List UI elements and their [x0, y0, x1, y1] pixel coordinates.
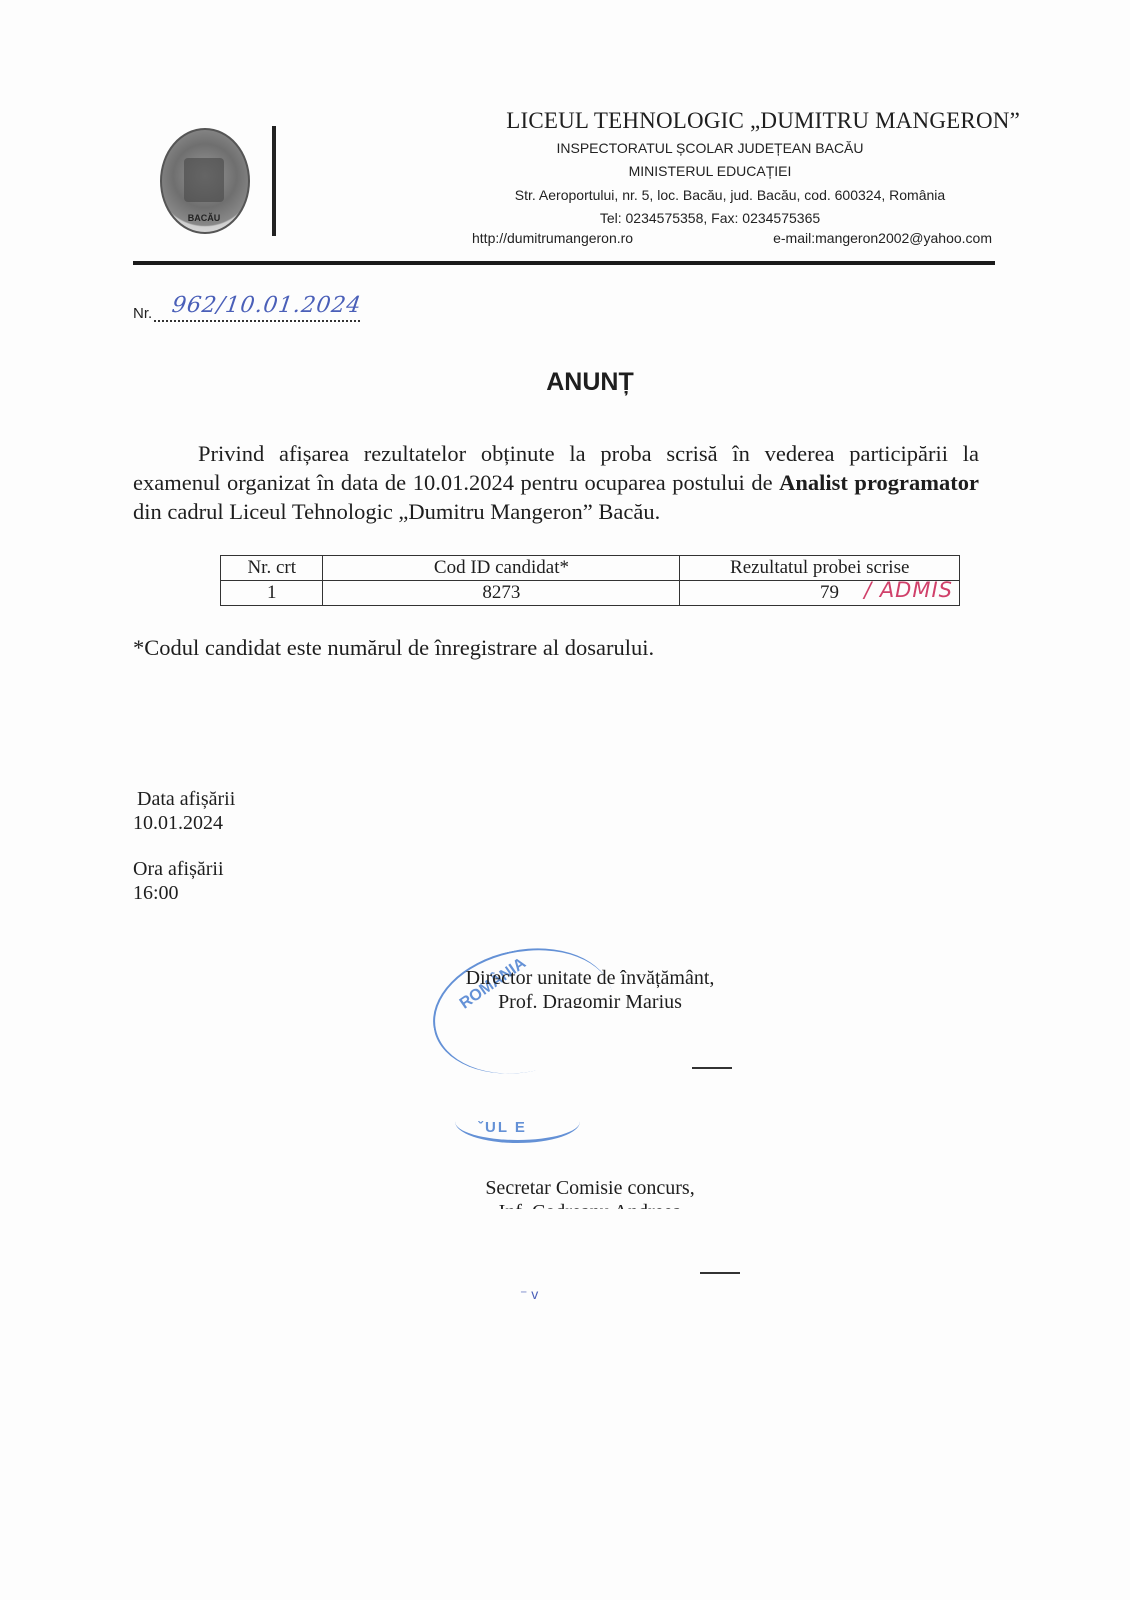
column-header-result: Rezultatul probei scrise: [680, 556, 960, 581]
time-value: 16:00: [133, 881, 224, 905]
column-header-nr: Nr. crt: [221, 556, 323, 581]
ministry: MINISTERUL EDUCAȚIEI: [520, 163, 900, 179]
director-name-wrap: Prof. Dragomir Marius: [440, 990, 740, 1008]
page-title: ANUNȚ: [0, 368, 1130, 397]
handwritten-status: / ADMIS: [864, 578, 953, 602]
table-row: 1 8273 79 / ADMIS: [221, 581, 960, 606]
school-name: LICEUL TEHNOLOGIC „DUMITRU MANGERON”: [300, 108, 1020, 134]
seal-emblem: [184, 158, 224, 202]
secretary-name: Inf. Codreanu Andreea: [499, 1201, 682, 1209]
score-value: 79: [820, 581, 839, 605]
website-link[interactable]: http://dumitrumangeron.ro: [472, 230, 633, 246]
contact-links: http://dumitrumangeron.ro e-mail:mangero…: [472, 230, 992, 246]
ink-mark: ⁻ v: [520, 1286, 538, 1303]
stamp-text-bottom: ˇUL E: [478, 1119, 527, 1136]
time-label: Ora afișării: [133, 857, 224, 881]
header-rule: [133, 261, 995, 265]
director-signature-block: Director unitate de învățământ, Prof. Dr…: [440, 966, 740, 1008]
date-value: 10.01.2024: [133, 811, 235, 835]
secretary-signature-line: [700, 1272, 740, 1274]
announcement-paragraph: Privind afișarea rezultatelor obținute l…: [133, 439, 979, 526]
paragraph-text-2: din cadrul Liceul Tehnologic „Dumitru Ma…: [133, 499, 660, 524]
cell-nr: 1: [221, 581, 323, 606]
posting-date: Data afișării 10.01.2024: [133, 787, 235, 835]
email-link[interactable]: e-mail:mangeron2002@yahoo.com: [773, 230, 992, 246]
column-header-candidate-id: Cod ID candidat*: [323, 556, 680, 581]
footnote: *Codul candidat este numărul de înregist…: [133, 635, 654, 661]
seal-caption: BACĂU: [180, 213, 228, 223]
cell-result: 79 / ADMIS: [680, 581, 960, 606]
inspectorate: INSPECTORATUL ȘCOLAR JUDEȚEAN BACĂU: [520, 140, 900, 156]
registration-label: Nr.: [133, 305, 152, 322]
secretary-signature-block: Secretar Comisie concurs, Inf. Codreanu …: [460, 1176, 720, 1209]
header-divider-vertical: [272, 126, 276, 236]
secretary-title: Secretar Comisie concurs,: [460, 1176, 720, 1200]
table-header-row: Nr. crt Cod ID candidat* Rezultatul prob…: [221, 556, 960, 581]
secretary-name-wrap: Inf. Codreanu Andreea: [460, 1200, 720, 1209]
director-name: Prof. Dragomir Marius: [498, 991, 682, 1008]
handwritten-registration: 962/10.01.2024: [170, 293, 363, 318]
date-label: Data afișării: [133, 787, 235, 811]
results-table: Nr. crt Cod ID candidat* Rezultatul prob…: [220, 555, 960, 606]
address: Str. Aeroportului, nr. 5, loc. Bacău, ju…: [455, 187, 1005, 203]
cell-candidate-id: 8273: [323, 581, 680, 606]
position-name: Analist programator: [779, 470, 979, 495]
director-title: Director unitate de învățământ,: [440, 966, 740, 990]
official-stamp-top: [421, 932, 624, 1089]
director-signature-line: [692, 1067, 732, 1069]
phone-fax: Tel: 0234575358, Fax: 0234575365: [520, 210, 900, 226]
posting-time: Ora afișării 16:00: [133, 857, 224, 905]
document-page: BACĂU LICEUL TEHNOLOGIC „DUMITRU MANGERO…: [0, 0, 1130, 1600]
